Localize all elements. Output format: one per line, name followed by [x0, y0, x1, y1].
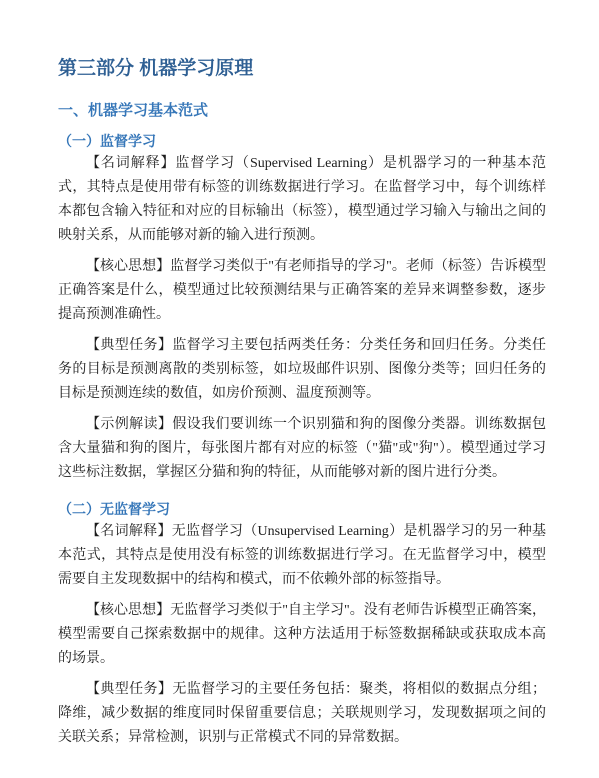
subsection-heading-unsupervised-learning: （二）无监督学习: [58, 499, 546, 519]
section-heading-basic-paradigms: 一、机器学习基本范式: [58, 100, 546, 121]
paragraph-unsupervised-definition: 【名词解释】无监督学习（Unsupervised Learning）是机器学习的…: [58, 520, 546, 592]
document-page: 第三部分 机器学习原理 一、机器学习基本范式 （一）监督学习 【名词解释】监督学…: [0, 0, 599, 778]
paragraph-supervised-core-idea: 【核心思想】监督学习类似于"有老师指导的学习"。老师（标签）告诉模型正确答案是什…: [58, 255, 546, 327]
paragraph-supervised-typical-tasks: 【典型任务】监督学习主要包括两类任务：分类任务和回归任务。分类任务的目标是预测离…: [58, 334, 546, 406]
paragraph-unsupervised-core-idea: 【核心思想】无监督学习类似于"自主学习"。没有老师告诉模型正确答案，模型需要自己…: [58, 599, 546, 671]
paragraph-supervised-example: 【示例解读】假设我们要训练一个识别猫和狗的图像分类器。训练数据包含大量猫和狗的图…: [58, 413, 546, 485]
subsection-heading-supervised-learning: （一）监督学习: [58, 131, 546, 151]
document-title: 第三部分 机器学习原理: [58, 56, 546, 82]
paragraph-unsupervised-typical-tasks: 【典型任务】无监督学习的主要任务包括：聚类，将相似的数据点分组；降维，减少数据的…: [58, 678, 546, 750]
paragraph-supervised-definition: 【名词解释】监督学习（Supervised Learning）是机器学习的一种基…: [58, 152, 546, 248]
